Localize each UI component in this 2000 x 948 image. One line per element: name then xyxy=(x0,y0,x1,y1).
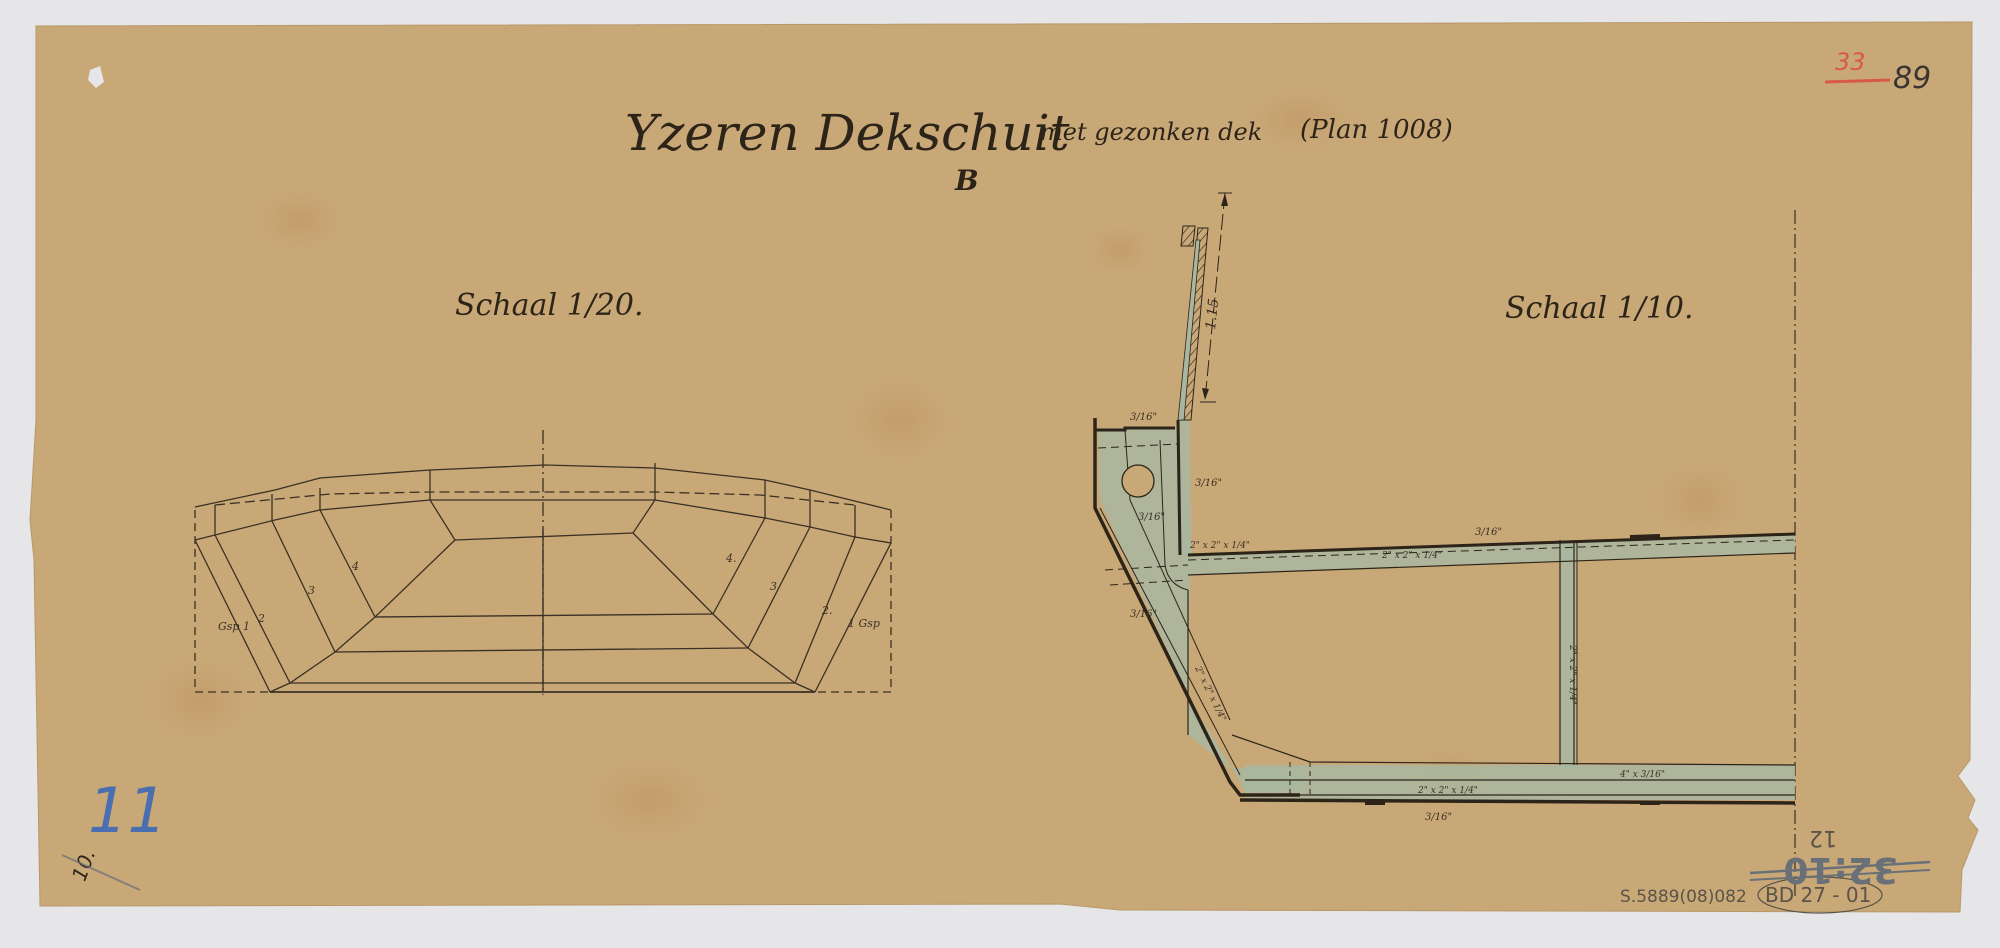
title-sub: met gezonken dek xyxy=(1040,118,1262,146)
plate-label: 3/16" xyxy=(1425,812,1452,823)
frame-label: 4 xyxy=(351,560,359,573)
angle-label: 4" x 3/16" xyxy=(1619,770,1665,780)
plan-reference: (Plan 1008) xyxy=(1300,115,1453,145)
frame-label: 1 Gsp xyxy=(848,617,880,630)
dimension-label: 1.15 xyxy=(1203,298,1222,331)
frame-label: 4. xyxy=(725,552,737,565)
angle-label: 2" x 2" x 1/4" xyxy=(1189,541,1250,551)
angle-label: 2" x 2" x 1/4" xyxy=(1567,644,1577,705)
plate-label: 3/16" xyxy=(1130,412,1157,423)
angle-label: 2" x 2" x 1/4" xyxy=(1417,786,1478,796)
archive-code: S.5889(08)082 xyxy=(1620,887,1747,907)
pencil-number: 89 xyxy=(1893,61,1931,96)
red-pencil-number: 33 xyxy=(1835,48,1866,76)
scale-label-right: Schaal 1/10. xyxy=(1505,291,1693,326)
frame-label: Gsp 1 xyxy=(218,620,250,633)
frame-label: 2 xyxy=(257,612,265,625)
frame-label: 3 xyxy=(770,580,777,593)
plate-label: 3/16" xyxy=(1138,512,1165,523)
frame-label: 3 xyxy=(308,584,315,597)
scale-label-left: Schaal 1/20. xyxy=(455,288,643,323)
plate-label: 3/16" xyxy=(1475,527,1502,538)
angle-label: 2" x 2" x 1/4" xyxy=(1381,551,1442,561)
plate-label: 3/16" xyxy=(1130,609,1157,620)
pencil-number-rotated: 12 xyxy=(1809,825,1837,850)
frame-label: 2. xyxy=(821,604,833,617)
drawing-sheet: Gsp 1 2 3 4 4. 3 2. 1 Gsp xyxy=(0,0,2000,948)
title-main: Yzeren Dekschuit xyxy=(625,104,1071,162)
variant-letter: B xyxy=(954,164,979,197)
blue-pencil-number: 11 xyxy=(88,774,167,847)
plate-label: 3/16" xyxy=(1195,478,1222,489)
